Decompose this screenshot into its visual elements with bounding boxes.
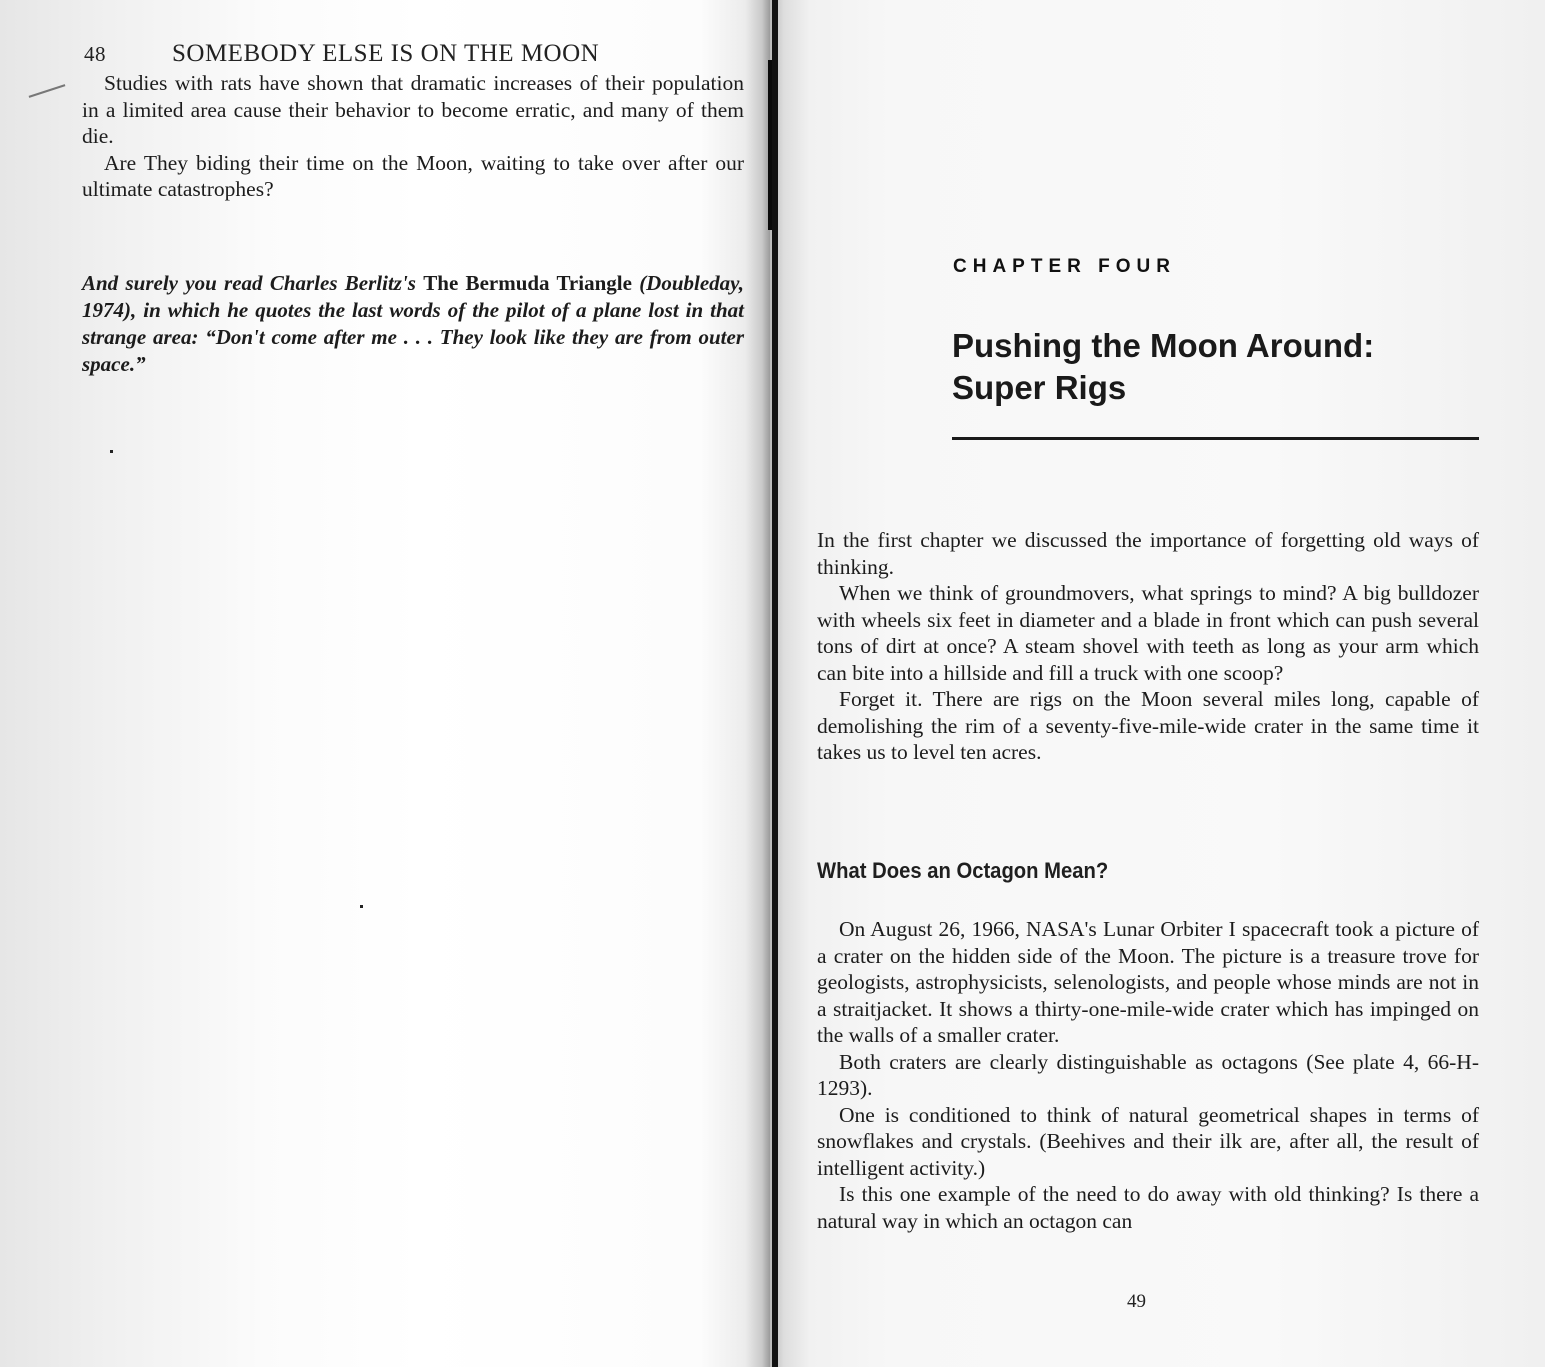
chapter-title: Pushing the Moon Around: Super Rigs: [952, 325, 1512, 409]
left-body-text: Studies with rats have shown that dramat…: [82, 70, 744, 203]
chapter-title-line: Pushing the Moon Around:: [952, 325, 1512, 367]
paragraph: Are They biding their time on the Moon, …: [82, 150, 744, 203]
book-gutter: [772, 0, 778, 1367]
epigraph-lead: And surely you read Charles Berlitz's: [82, 271, 423, 295]
chapter-intro-text: In the first chapter we discussed the im…: [817, 527, 1479, 766]
section-body-text: On August 26, 1966, NASA's Lunar Orbiter…: [817, 916, 1479, 1234]
chapter-label: CHAPTER FOUR: [953, 256, 1176, 278]
paragraph: Studies with rats have shown that dramat…: [82, 70, 744, 150]
left-page: [0, 0, 770, 1367]
running-head-title: SOMEBODY ELSE IS ON THE MOON: [172, 40, 599, 67]
chapter-title-line: Super Rigs: [952, 367, 1512, 409]
paragraph: In the first chapter we discussed the im…: [817, 527, 1479, 580]
paragraph: Forget it. There are rigs on the Moon se…: [817, 686, 1479, 766]
paragraph: Is this one example of the need to do aw…: [817, 1181, 1479, 1234]
running-head: 48SOMEBODY ELSE IS ON THE MOON: [84, 40, 684, 68]
paragraph: On August 26, 1966, NASA's Lunar Orbiter…: [817, 916, 1479, 1049]
print-speck: [110, 450, 113, 453]
paragraph: Both craters are clearly distinguishable…: [817, 1049, 1479, 1102]
chapter-rule: [952, 437, 1479, 440]
paragraph: One is conditioned to think of natural g…: [817, 1102, 1479, 1182]
print-speck: [360, 905, 363, 908]
right-page-number: 49: [1127, 1291, 1146, 1313]
paragraph: When we think of groundmovers, what spri…: [817, 580, 1479, 686]
epigraph: And surely you read Charles Berlitz's Th…: [82, 270, 744, 378]
epigraph-book-title: The Bermuda Triangle: [423, 271, 632, 295]
section-heading: What Does an Octagon Mean?: [817, 858, 1108, 884]
left-page-number: 48: [84, 42, 172, 67]
